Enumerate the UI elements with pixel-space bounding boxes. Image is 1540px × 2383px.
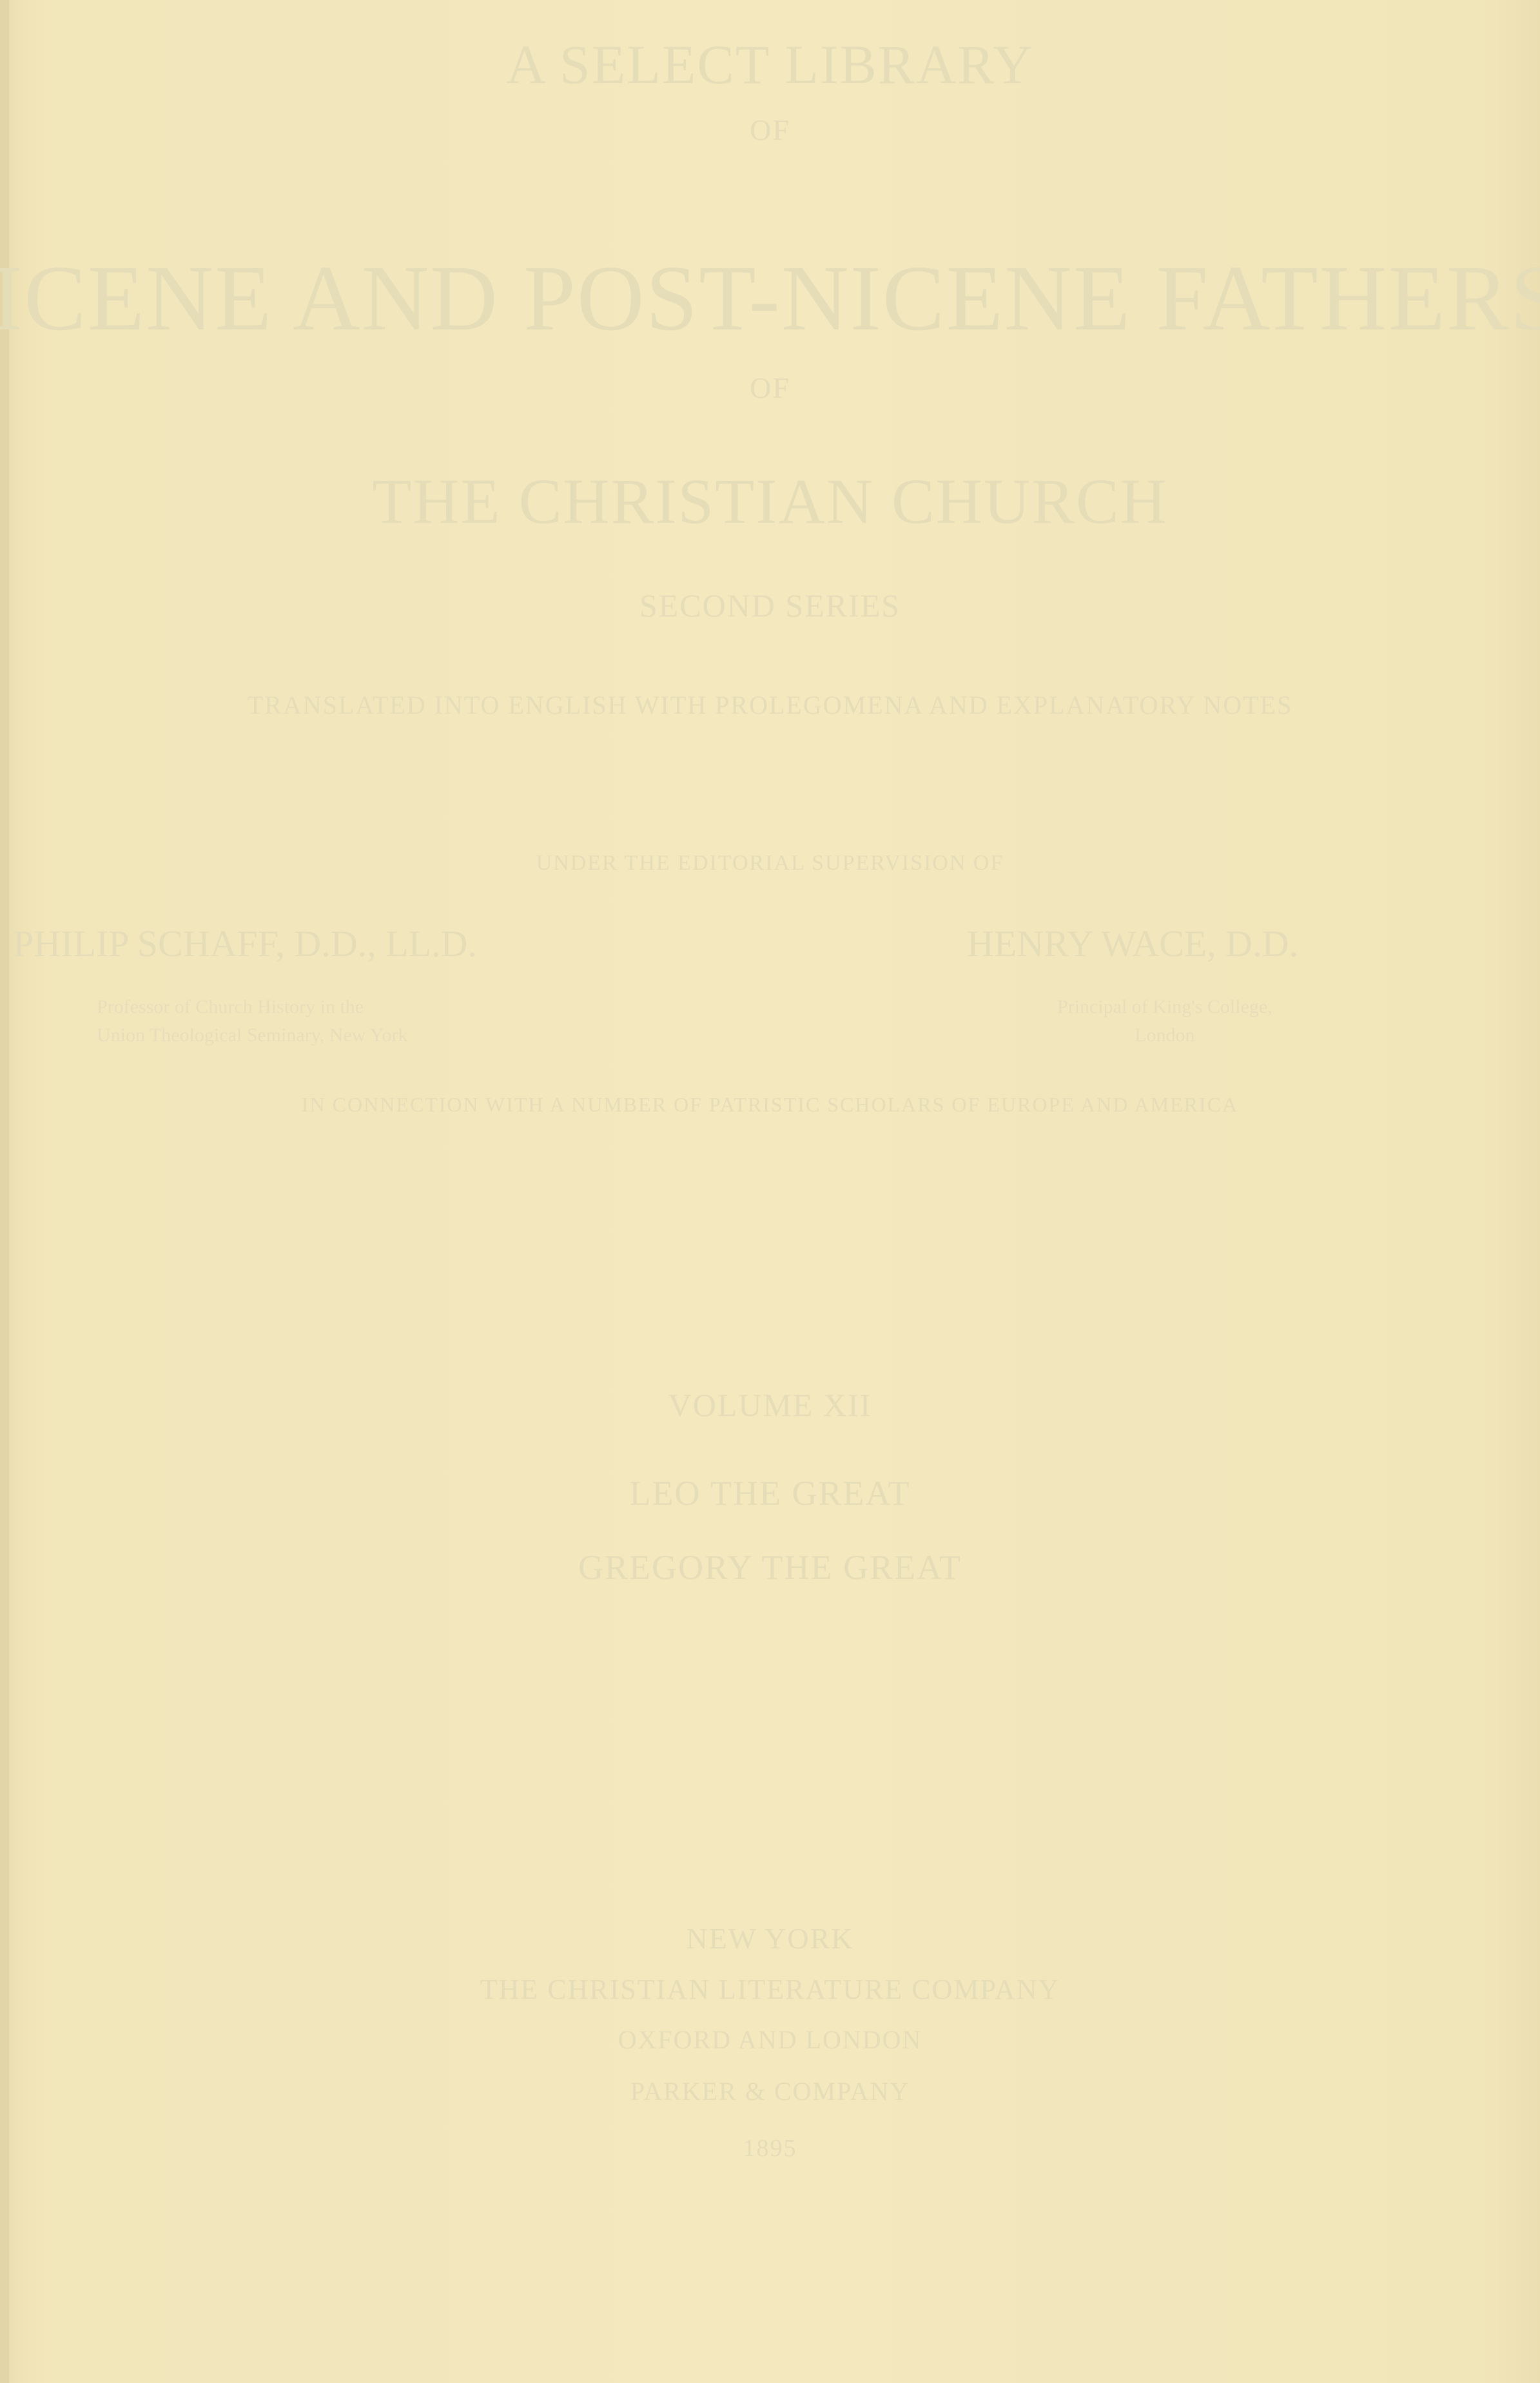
cooperation-line: IN CONNECTION WITH A NUMBER OF PATRISTIC… [0, 1090, 1540, 1119]
editor-right-affiliation: Principal of King's College, London [1057, 993, 1272, 1050]
place-2: OXFORD AND LONDON [0, 2025, 1540, 2055]
series-label: SECOND SERIES [0, 587, 1540, 624]
publisher: THE CHRISTIAN LITERATURE COMPANY [0, 1973, 1540, 2006]
author-2: GREGORY THE GREAT [0, 1547, 1540, 1587]
series-line: A SELECT LIBRARY [0, 32, 1540, 97]
place: NEW YORK [0, 1921, 1540, 1956]
editor-right: HENRY WACE, D.D. [967, 922, 1298, 965]
editorship-line: UNDER THE EDITORIAL SUPERVISION OF [0, 851, 1540, 876]
main-title: NICENE AND POST-NICENE FATHERS [0, 245, 1463, 352]
of-line-2: OF [0, 371, 1540, 405]
translated-line: TRANSLATED INTO ENGLISH WITH PROLEGOMENA… [0, 690, 1540, 720]
scanned-page: A SELECT LIBRARY OF NICENE AND POST-NICE… [0, 0, 1540, 2383]
editor-left: PHILIP SCHAFF, D.D., LL.D. [13, 922, 477, 965]
of-line: OF [0, 113, 1540, 147]
author-1: LEO THE GREAT [0, 1473, 1540, 1513]
publisher-2: PARKER & COMPANY [0, 2076, 1540, 2106]
volume-label: VOLUME XII [0, 1386, 1540, 1424]
church-title: THE CHRISTIAN CHURCH [0, 464, 1540, 538]
year: 1895 [0, 2134, 1540, 2162]
editor-left-affiliation: Professor of Church History in the Union… [97, 993, 407, 1050]
